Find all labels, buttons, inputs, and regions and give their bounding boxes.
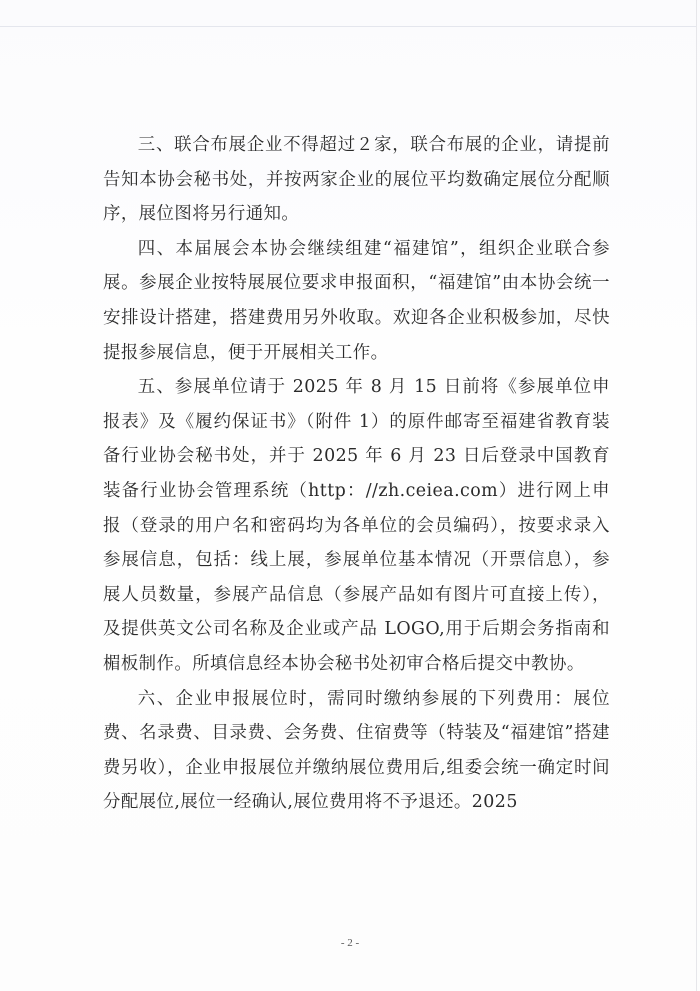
paragraph-section-5: 五、参展单位请于 2025 年 8 月 15 日前将《参展单位申报表》及《履约保…	[103, 370, 610, 681]
page-number: - 2 -	[0, 937, 700, 949]
document-body: 三、联合布展企业不得超过２家，联合布展的企业，请提前告知本协会秘书处，并按两家企…	[103, 128, 610, 820]
scan-artifact-line	[0, 26, 696, 27]
paragraph-section-6: 六、企业申报展位时，需同时缴纳参展的下列费用：展位费、名录费、目录费、会务费、住…	[103, 682, 610, 820]
document-page: 三、联合布展企业不得超过２家，联合布展的企业，请提前告知本协会秘书处，并按两家企…	[0, 0, 700, 991]
paragraph-section-4: 四、本届展会本协会继续组建“福建馆”，组织企业联合参展。参展企业按特展展位要求申…	[103, 232, 610, 370]
scan-edge-line	[696, 0, 697, 991]
paragraph-section-3: 三、联合布展企业不得超过２家，联合布展的企业，请提前告知本协会秘书处，并按两家企…	[103, 128, 610, 232]
